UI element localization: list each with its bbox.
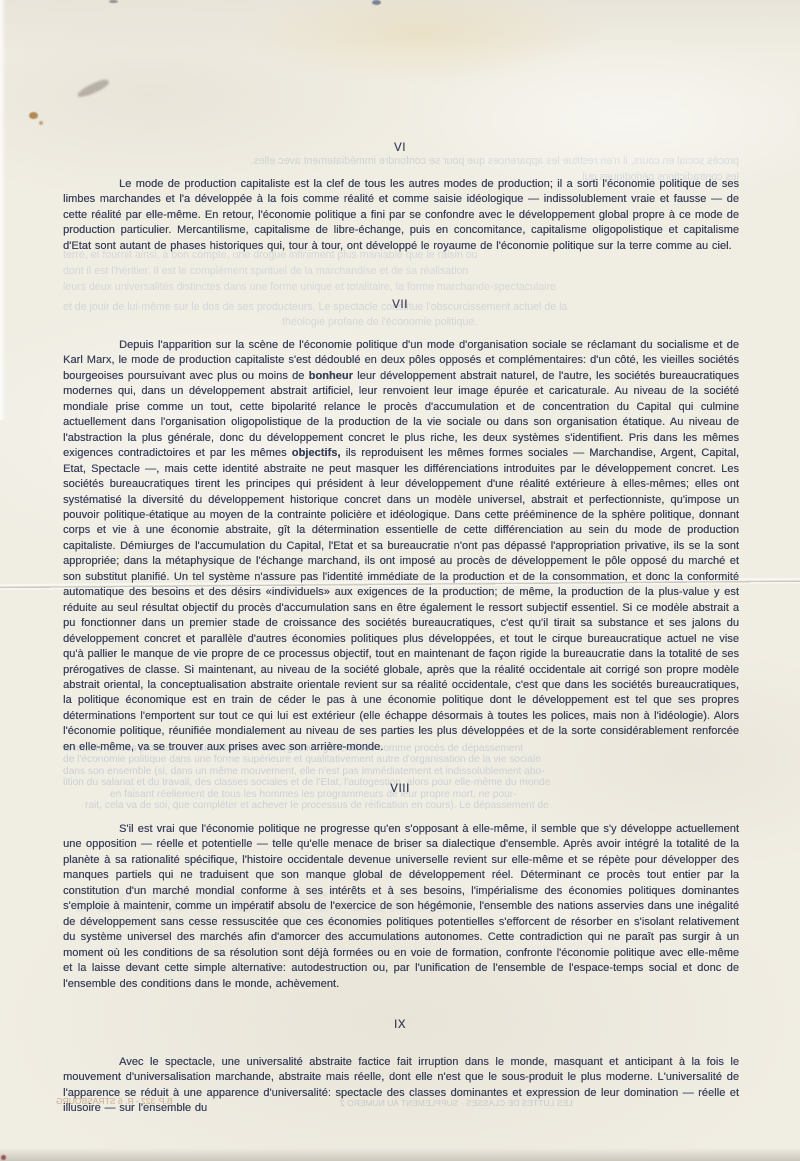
section-number-vii: VII: [0, 299, 800, 311]
brown-spot-stain: [29, 112, 38, 119]
ink-speck-top: [372, 0, 381, 5]
brown-spot-stain-small: [39, 121, 43, 125]
bleedthrough-text: rait, cela va de soi, que compléter et a…: [85, 800, 761, 811]
gray-smudge-stain: [76, 77, 111, 99]
red-speck-bottom-left: [1, 1155, 6, 1160]
bleedthrough-text: de l'économie politique dans une forme s…: [63, 754, 739, 765]
bleedthrough-text: dont il est l'héritier. Il est le complé…: [63, 265, 739, 277]
paragraph-vii: Depuis l'apparition sur la scène de l'éc…: [63, 338, 739, 755]
bleedthrough-text: procès social en cours, il n'en restitue…: [63, 155, 739, 167]
paragraph-ix: Avec le spectacle, une universalité abst…: [63, 1055, 739, 1117]
bold-text-run: objectifs,: [292, 447, 341, 459]
bold-text-run: bonheur: [309, 370, 353, 382]
dark-speck-top-left: [109, 0, 118, 3]
bleedthrough-text: leurs deux universalités distinctes dans…: [63, 281, 739, 293]
text-run: Avec le spectacle, une universalité abst…: [63, 1056, 739, 1114]
bleedthrough-text: dans son ensemble (si, dans un même mouv…: [63, 766, 739, 777]
paragraph-viii: S'il est vrai que l'économie politique n…: [63, 822, 739, 992]
section-number-ix: IX: [0, 1019, 800, 1031]
bleedthrough-text: théologie profane de l'économie politiqu…: [282, 316, 477, 328]
text-run: leur développement abstrait naturel, de …: [63, 370, 739, 459]
section-number-vi: VI: [0, 142, 800, 154]
text-run: S'il est vrai que l'économie politique n…: [63, 823, 739, 990]
scanned-page: procès social en cours, il n'en restitue…: [0, 0, 800, 1161]
torn-left-edge: [0, 0, 6, 420]
section-number-viii: VIII: [0, 783, 800, 795]
text-run: ils reproduisent les mêmes formes social…: [63, 447, 739, 753]
text-run: Le mode de production capitaliste est la…: [63, 178, 739, 252]
paragraph-vi: Le mode de production capitaliste est la…: [63, 177, 739, 254]
